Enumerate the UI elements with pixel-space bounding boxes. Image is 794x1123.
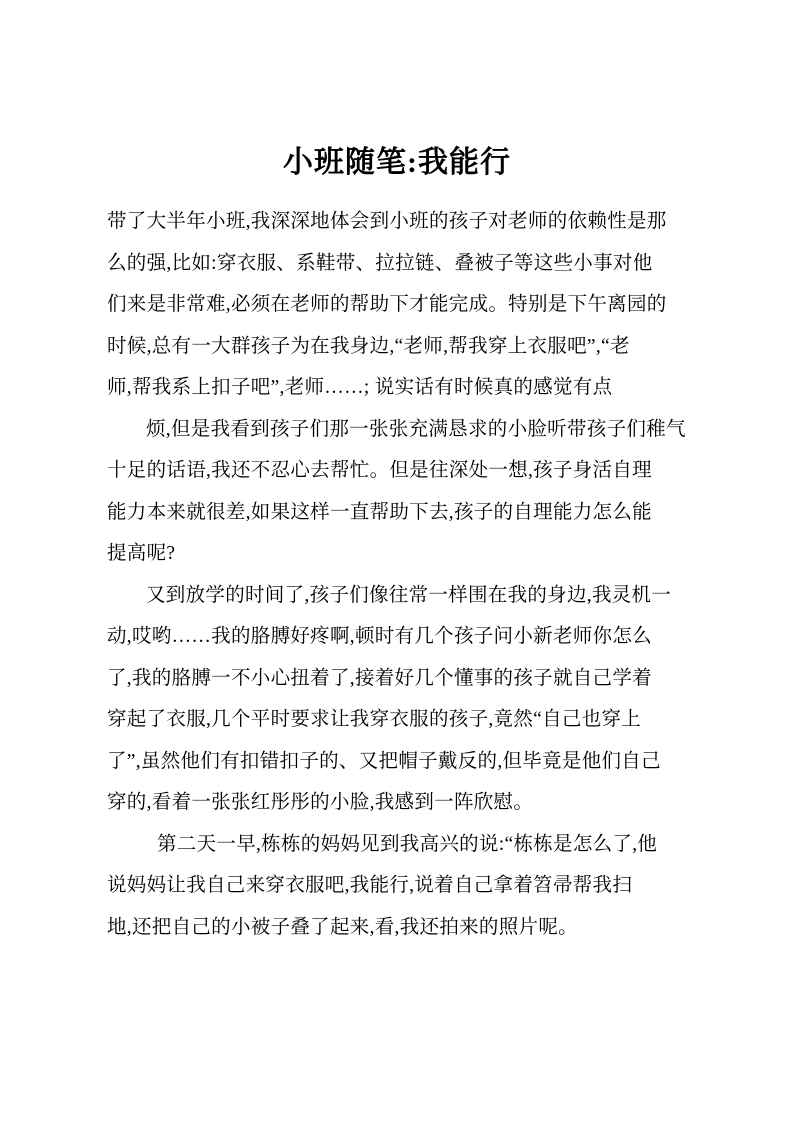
text-line: 又到放学的时间了,孩子们像往常一样围在我的身边,我灵机一 (107, 575, 689, 617)
text-line: 们来是非常难,必须在老师的帮助下才能完成。特别是下午离园的 (107, 284, 689, 326)
text-line: 十足的话语,我还不忍心去帮忙。但是往深处一想,孩子身活自理 (107, 450, 689, 492)
document-body: 带了大半年小班,我深深地体会到小班的孩子对老师的依赖性是那么的强,比如:穿衣服、… (107, 201, 689, 948)
text-line: 第二天一早,栋栋的妈妈见到我高兴的说:“栋栋是怎么了,他 (107, 824, 689, 866)
text-line: 么的强,比如:穿衣服、系鞋带、拉拉链、叠被子等这些小事对他 (107, 243, 689, 285)
text-line: 说妈妈让我自己来穿衣服吧,我能行,说着自己拿着笤帚帮我扫 (107, 865, 689, 907)
document-title: 小班随笔:我能行 (0, 140, 794, 186)
text-line: 带了大半年小班,我深深地体会到小班的孩子对老师的依赖性是那 (107, 201, 689, 243)
text-line: 提高呢? (107, 533, 689, 575)
text-line: 穿起了衣服,几个平时要求让我穿衣服的孩子,竟然“自己也穿上 (107, 699, 689, 741)
text-line: 地,还把自己的小被子叠了起来,看,我还拍来的照片呢。 (107, 907, 689, 949)
text-line: 师,帮我系上扣子吧”,老师……; 说实话有时候真的感觉有点 (107, 367, 689, 409)
text-line: 烦,但是我看到孩子们那一张张充满恳求的小脸听带孩子们稚气 (107, 409, 689, 451)
text-line: 了,我的胳膊一不小心扭着了,接着好几个懂事的孩子就自己学着 (107, 658, 689, 700)
text-line: 时候,总有一大群孩子为在我身边,“老师,帮我穿上衣服吧”,“老 (107, 326, 689, 368)
text-line: 了”,虽然他们有扣错扣子的、又把帽子戴反的,但毕竟是他们自己 (107, 741, 689, 783)
text-line: 穿的,看着一张张红彤彤的小脸,我感到一阵欣慰。 (107, 782, 689, 824)
document-page: 小班随笔:我能行 带了大半年小班,我深深地体会到小班的孩子对老师的依赖性是那么的… (0, 0, 794, 1123)
text-line: 能力本来就很差,如果这样一直帮助下去,孩子的自理能力怎么能 (107, 492, 689, 534)
text-line: 动,哎哟……我的胳膊好疼啊,顿时有几个孩子问小新老师你怎么 (107, 616, 689, 658)
